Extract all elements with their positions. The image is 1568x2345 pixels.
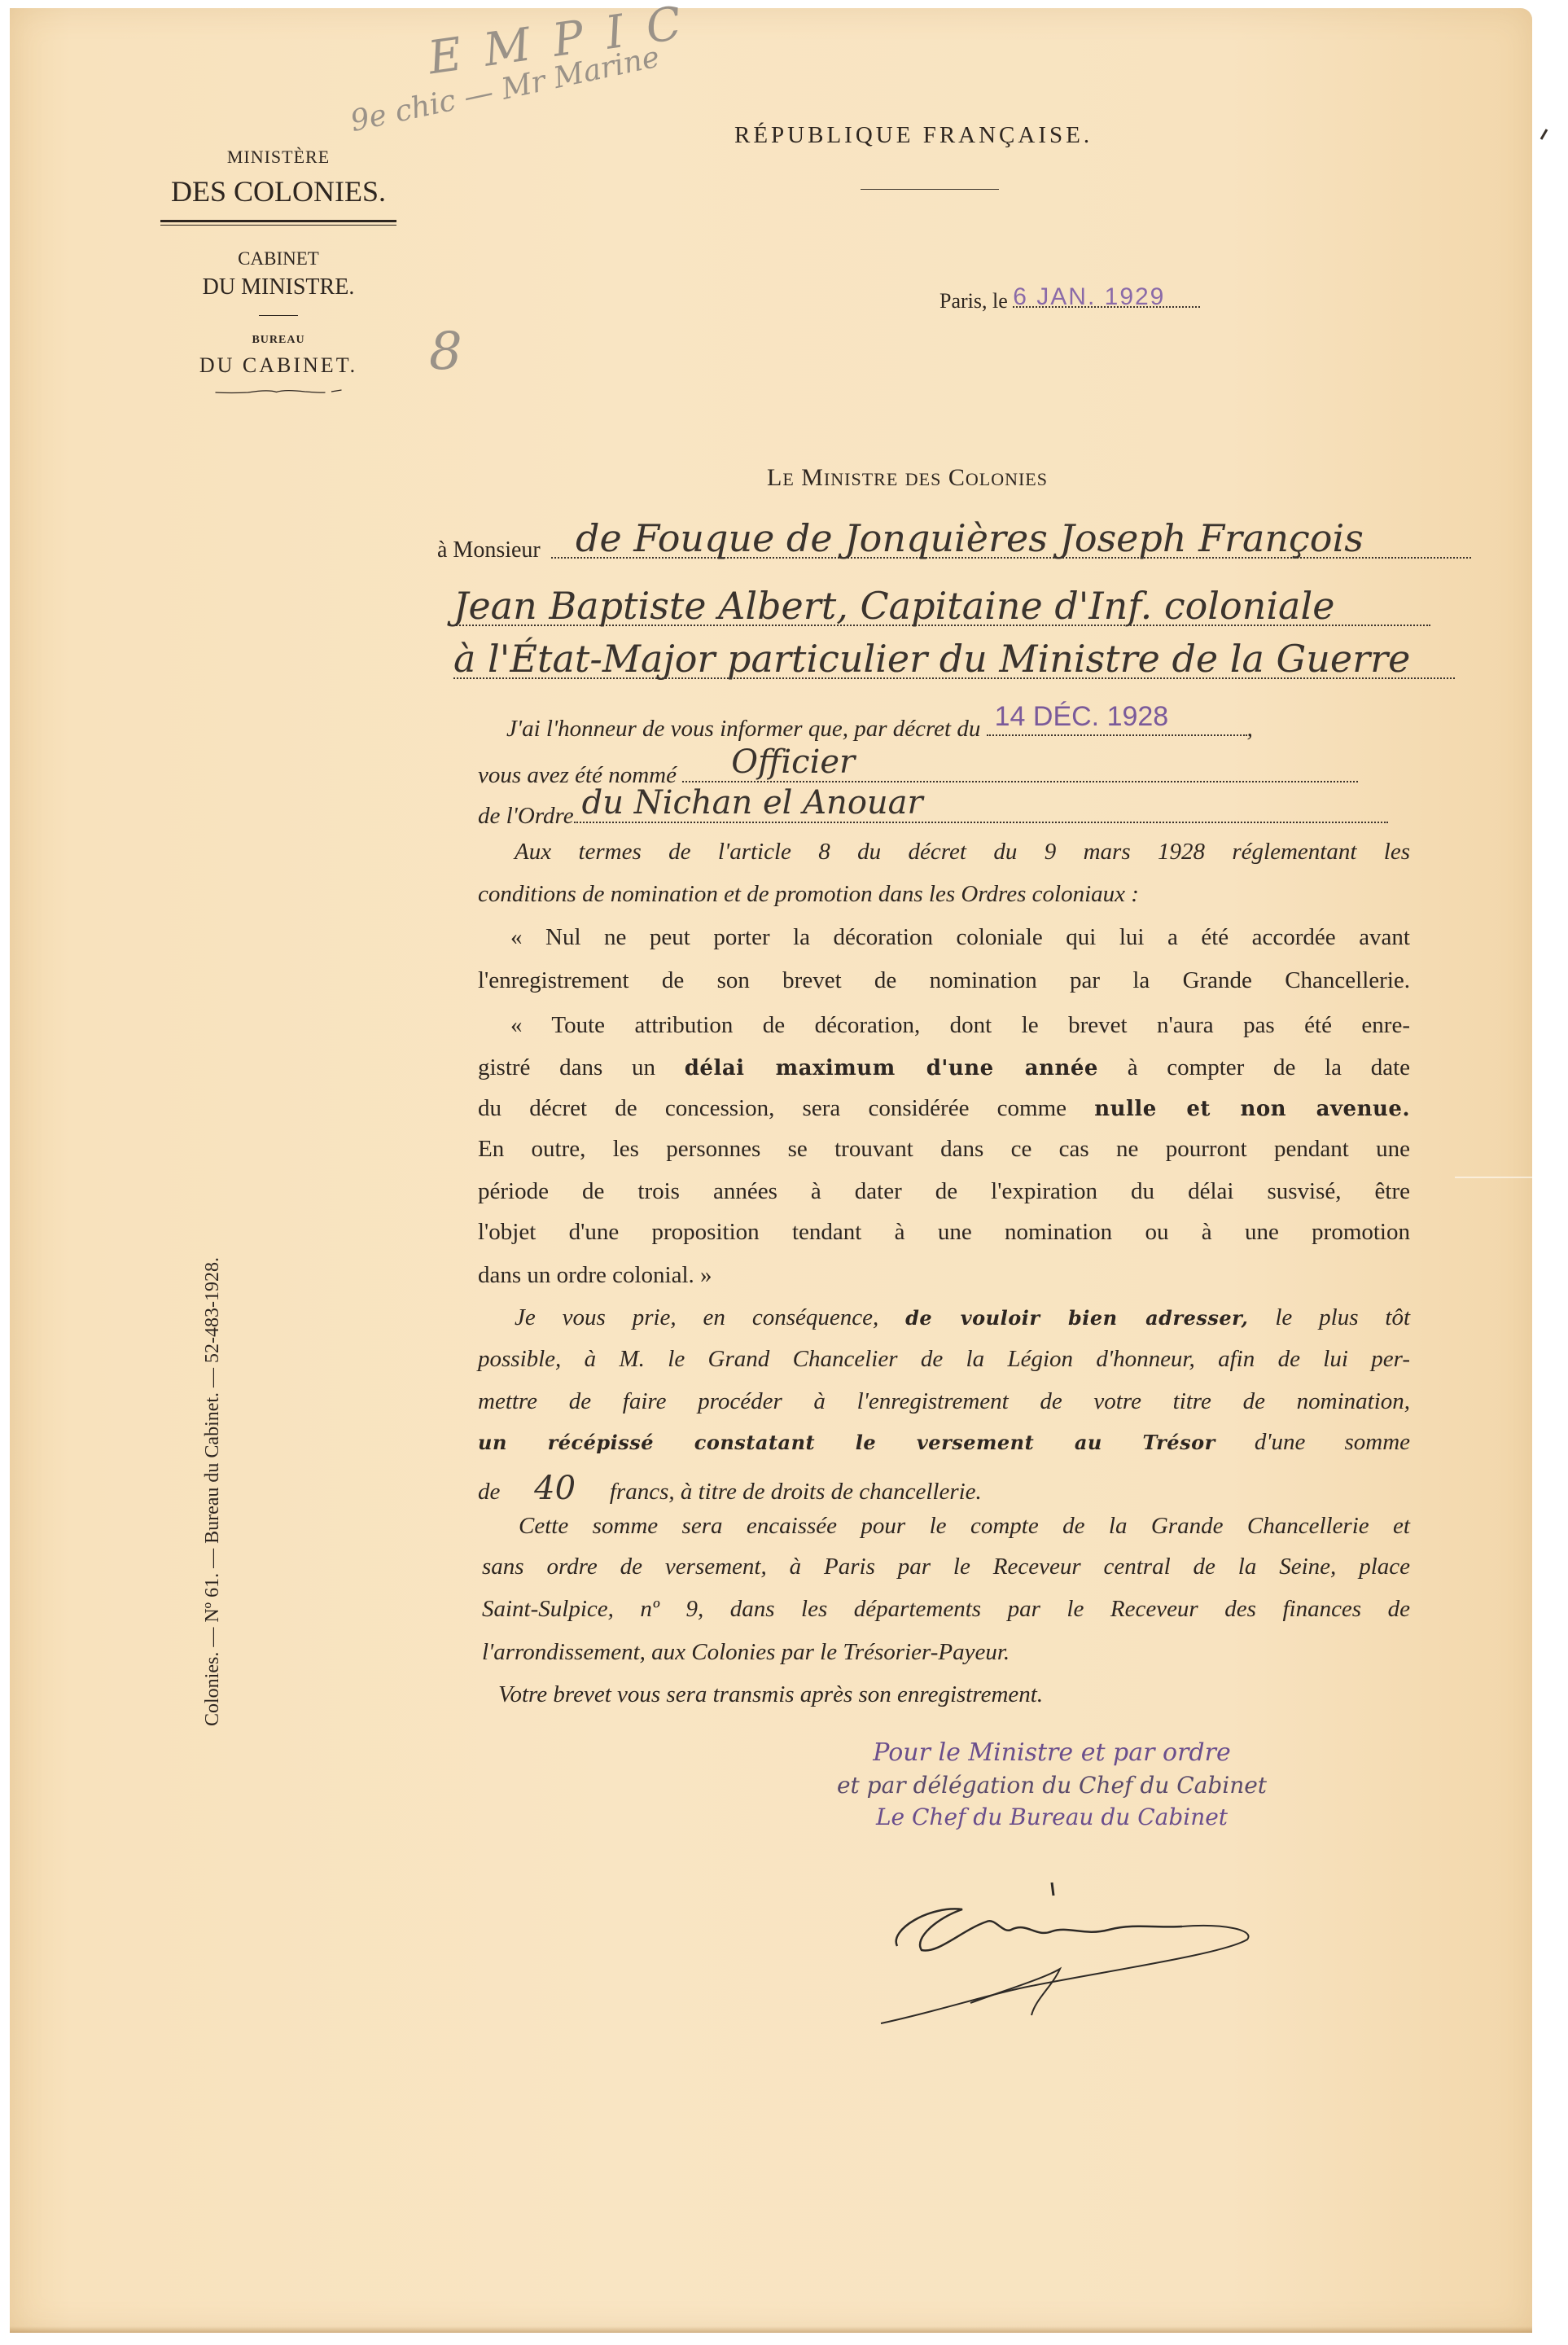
place-label: Paris, le [939, 289, 1008, 313]
rank-value: Officier [731, 743, 855, 781]
minister-title: LE MINISTRE DES COLONIES [767, 464, 1048, 492]
p3-line4-post: d'une somme [1255, 1429, 1410, 1455]
body-p2-line2: conditions de nomination et de promotion… [478, 881, 1373, 908]
quote2-line6: l'objet d'une proposition tendant à une … [478, 1219, 1410, 1246]
addressee-line-2: Jean Baptiste Albert, Capitaine d'Inf. c… [437, 582, 1528, 634]
q2-line3-pre: du décret de concession, sera considérée… [478, 1095, 1067, 1121]
q2-line2-post: à compter de la date [1128, 1054, 1410, 1080]
quote2-line3: du décret de concession, sera considérée… [478, 1095, 1410, 1122]
addressee-label: à Monsieur [437, 537, 541, 563]
p3-line5: de 40 francs, à titre de droits de chanc… [478, 1470, 1410, 1507]
p3-line2: possible, à M. le Grand Chancelier de la… [478, 1346, 1410, 1373]
header-ministere: MINISTÈRE [132, 147, 425, 168]
p5-line: Votre brevet vous sera transmis après so… [498, 1681, 1394, 1708]
quote1-line2: l'enregistrement de son brevet de nomina… [478, 967, 1410, 994]
title-ministre-sc: INISTRE [824, 469, 898, 489]
fee-suffix: francs, à titre de droits de chancelleri… [610, 1479, 982, 1505]
q2-line2-bold: délai maximum d'une année [685, 1056, 1098, 1080]
margin-imprint: Colonies. — Nº 61. — Bureau du Cabinet. … [202, 1257, 224, 1726]
quote2-line5: période de trois années à dater de l'exp… [478, 1178, 1410, 1205]
quote2-line2: gistré dans un délai maximum d'une année… [478, 1054, 1410, 1081]
addressee-posting: à l'État-Major particulier du Ministre d… [453, 637, 1410, 681]
q2-line2-pre: gistré dans un [478, 1054, 655, 1080]
handwritten-signature [865, 1873, 1288, 2027]
header-du-ministre: DU MINISTRE. [132, 274, 425, 300]
p3-line1-post: le plus tôt [1275, 1304, 1410, 1330]
p4-line3: Saint-Sulpice, nº 9, dans les départemen… [482, 1596, 1410, 1623]
quote2-line7: dans un ordre colonial. » [478, 1262, 1410, 1289]
decree-date-field: 14 DÉC. 1928 [987, 715, 1247, 736]
rank-field: Officier [682, 761, 1358, 782]
signature-block: Pour le Ministre et par ordre et par dél… [824, 1738, 1280, 1830]
header-cabinet: CABINET [132, 248, 425, 270]
addressee-rank: Jean Baptiste Albert, Capitaine d'Inf. c… [453, 584, 1334, 628]
title-colonies: C [948, 464, 966, 491]
signature-line-2: et par délégation du Chef du Cabinet [824, 1772, 1280, 1799]
p3-line4-bold: un récépissé constatant le versement au … [478, 1431, 1215, 1454]
date-field: 6 JAN. 1929 [1013, 306, 1200, 308]
body-p2-line1: Aux termes de l'article 8 du décret du 9… [515, 839, 1410, 866]
addressee-name: de Fouque de Jonquières Joseph François [576, 516, 1364, 560]
p3-line1-pre: Je vous prie, en conséquence, [515, 1304, 878, 1330]
p4-line2: sans ordre de versement, à Paris par le … [482, 1554, 1410, 1580]
p3-line1: Je vous prie, en conséquence, de vouloir… [515, 1304, 1410, 1331]
body-decree-line: J'ai l'honneur de vous informer que, par… [506, 715, 1410, 743]
title-le-sc: E [782, 469, 794, 489]
quote2-line1: « Toute attribution de décoration, dont … [510, 1012, 1410, 1039]
decree-prefix: J'ai l'honneur de vous informer que, par… [506, 716, 980, 742]
title-ministre: M [801, 464, 824, 491]
p3-line3: mettre de faire procéder à l'enregistrem… [478, 1388, 1410, 1415]
order-field: du Nichan el Anouar [574, 802, 1388, 823]
quote2-line4: En outre, les personnes se trouvant dans… [478, 1136, 1410, 1163]
body-order-line: de l'Ordre du Nichan el Anouar [478, 802, 1414, 830]
republique-rule [861, 189, 999, 190]
fee-amount: 40 [506, 1470, 604, 1507]
ministry-header: MINISTÈRE DES COLONIES. CABINET DU MINIS… [132, 147, 425, 398]
title-colonies-sc: OLONIES [966, 469, 1048, 489]
decree-date-stamp: 14 DÉC. 1928 [995, 701, 1169, 733]
order-value: du Nichan el Anouar [582, 784, 923, 822]
fee-prefix: de [478, 1479, 500, 1505]
date-stamp: 6 JAN. 1929 [1013, 283, 1165, 311]
header-swash-ornament [152, 389, 405, 394]
p4-line1: Cette somme sera encaissée pour le compt… [519, 1513, 1410, 1540]
ink-mark [1540, 129, 1548, 140]
place-date-line: Paris, le 6 JAN. 1929 [939, 289, 1200, 313]
addressee-line-3: à l'État-Major particulier du Ministre d… [437, 635, 1528, 687]
p4-line4: l'arrondissement, aux Colonies par le Tr… [482, 1639, 1410, 1666]
header-des-colonies: DES COLONIES. [132, 174, 425, 208]
signature-line-3: Le Chef du Bureau du Cabinet [824, 1804, 1280, 1830]
header-double-rule [160, 220, 396, 226]
addressee-line-1: à Monsieur de Fouque de Jonquières Josep… [437, 515, 1528, 567]
p3-line1-bold: de vouloir bien adresser, [905, 1306, 1248, 1330]
signature-line-1: Pour le Ministre et par ordre [824, 1738, 1280, 1767]
decree-comma: , [1247, 716, 1253, 742]
quote1-line1: « Nul ne peut porter la décoration colon… [510, 924, 1410, 951]
header-bureau: BUREAU [132, 334, 425, 347]
title-des: DES [905, 469, 942, 489]
republique-francaise-heading: RÉPUBLIQUE FRANÇAISE. [734, 122, 1093, 149]
document-page: EMPIC 9e chic — Mr Marine 8 MINISTÈRE DE… [10, 8, 1532, 2333]
paper-fold [1455, 1177, 1532, 1178]
pencil-annotation-number: 8 [429, 322, 462, 382]
header-short-rule [259, 315, 298, 316]
q2-line3-bold: nulle et non avenue. [1094, 1097, 1410, 1121]
order-label: de l'Ordre [478, 803, 574, 829]
title-le: L [767, 464, 782, 491]
p3-line4: un récépissé constatant le versement au … [478, 1429, 1410, 1456]
header-du-cabinet: DU CABINET. [132, 353, 425, 378]
